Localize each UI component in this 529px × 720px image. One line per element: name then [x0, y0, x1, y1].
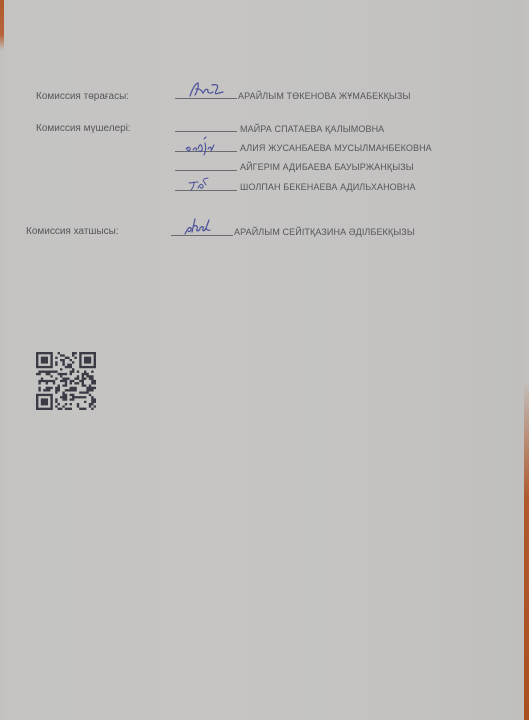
chairman-signature: [186, 80, 234, 100]
member-1-signature-line: [175, 131, 237, 132]
member-3-name: АЙГЕРІМ АДИБАЕВА БАУЫРЖАНҚЫЗЫ: [240, 162, 414, 172]
secretary-signature: [180, 216, 216, 238]
page-edge-right: [524, 380, 529, 720]
members-label: Комиссия мүшелері:: [36, 123, 131, 134]
secretary-name: АРАЙЛЫМ СЕЙІТҚАЗИНА ӘДІЛБЕКҚЫЗЫ: [234, 227, 415, 237]
chairman-name: АРАЙЛЫМ ТӨКЕНОВА ЖҰМАБЕКҚЫЗЫ: [238, 91, 411, 101]
member-2-name: АЛИЯ ЖУСАНБАЕВА МУСЫЛМАНБЕКОВНА: [240, 143, 432, 153]
qr-code-icon: [36, 352, 96, 410]
chairman-label: Комиссия төрағасы:: [36, 91, 129, 102]
page-edge-left: [0, 0, 4, 50]
member-1-name: МАЙРА СПАТАЕВА ҚАЛЫМОВНА: [240, 124, 384, 134]
member-4-name: ШОЛПАН БЕКЕНАЕВА АДИЛЬХАНОВНА: [240, 182, 416, 192]
member-4-signature: [186, 176, 216, 192]
member-3-signature-line: [175, 170, 237, 171]
member-2-signature: [182, 135, 228, 159]
secretary-label: Комиссия хатшысы:: [26, 226, 119, 237]
